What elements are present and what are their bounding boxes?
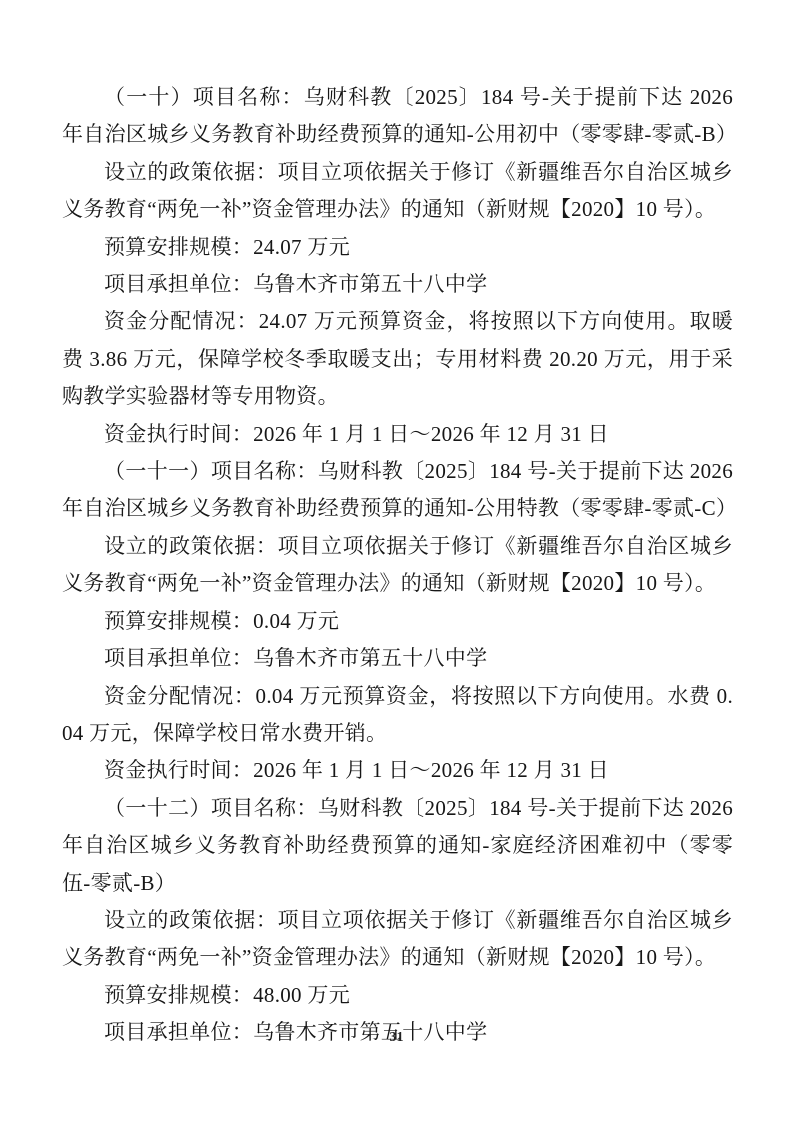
paragraph-undertaking-unit: 项目承担单位：乌鲁木齐市第五十八中学 [62,266,733,303]
paragraph-project-name: （一十）项目名称：乌财科教〔2025〕184 号-关于提前下达 2026 年自治… [62,79,733,154]
paragraph-project-name: （一十一）项目名称：乌财科教〔2025〕184 号-关于提前下达 2026 年自… [62,453,733,528]
paragraph-undertaking-unit: 项目承担单位：乌鲁木齐市第五十八中学 [62,640,733,677]
paragraph-policy-basis: 设立的政策依据：项目立项依据关于修订《新疆维吾尔自治区城乡义务教育“两免一补”资… [62,154,733,229]
paragraph-policy-basis: 设立的政策依据：项目立项依据关于修订《新疆维吾尔自治区城乡义务教育“两免一补”资… [62,528,733,603]
paragraph-execution-period: 资金执行时间：2026 年 1 月 1 日～2026 年 12 月 31 日 [62,752,733,789]
paragraph-fund-allocation: 资金分配情况：0.04 万元预算资金，将按照以下方向使用。水费 0.04 万元，… [62,678,733,753]
paragraph-policy-basis: 设立的政策依据：项目立项依据关于修订《新疆维吾尔自治区城乡义务教育“两免一补”资… [62,902,733,977]
page-footer: 31 [0,1028,793,1046]
paragraph-project-name: （一十二）项目名称：乌财科教〔2025〕184 号-关于提前下达 2026 年自… [62,790,733,902]
paragraph-fund-allocation: 资金分配情况：24.07 万元预算资金，将按照以下方向使用。取暖费 3.86 万… [62,303,733,415]
page-number: 31 [390,1030,404,1045]
paragraph-budget-scale: 预算安排规模：48.00 万元 [62,977,733,1014]
paragraph-execution-period: 资金执行时间：2026 年 1 月 1 日～2026 年 12 月 31 日 [62,416,733,453]
paragraph-budget-scale: 预算安排规模：24.07 万元 [62,229,733,266]
document-body: （一十）项目名称：乌财科教〔2025〕184 号-关于提前下达 2026 年自治… [62,79,733,1052]
paragraph-budget-scale: 预算安排规模：0.04 万元 [62,603,733,640]
document-page: （一十）项目名称：乌财科教〔2025〕184 号-关于提前下达 2026 年自治… [0,0,793,1122]
